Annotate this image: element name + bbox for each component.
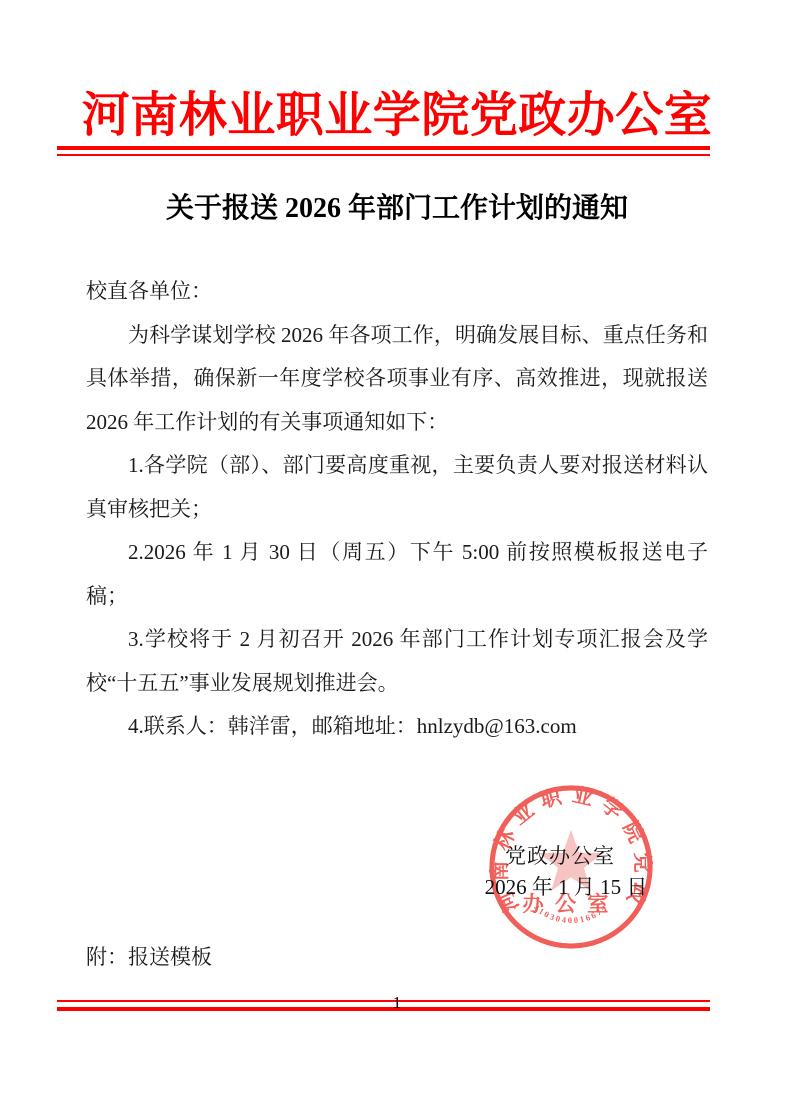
letterhead-rule-thick	[57, 146, 710, 150]
page-number: 1	[393, 993, 402, 1013]
paragraph-item-4: 4.联系人：韩洋雷，邮箱地址：hnlzydb@163.com	[86, 705, 708, 749]
document-page: 河南林业职业学院党政办公室 关于报送 2026 年部门工作计划的通知 校直各单位…	[0, 0, 794, 1108]
salutation: 校直各单位：	[86, 270, 708, 314]
paragraph-intro: 为科学谋划学校 2026 年各项工作，明确发展目标、重点任务和具体举措，确保新一…	[86, 314, 708, 445]
letterhead-org-name: 河南林业职业学院党政办公室	[0, 76, 794, 145]
signer-name: 党政办公室	[505, 840, 615, 870]
footer-rule-thin	[57, 1000, 710, 1002]
attachment-note: 附：报送模板	[86, 941, 212, 971]
paragraph-item-1: 1.各学院（部）、部门要高度重视，主要负责人要对报送材料认真审核把关；	[86, 444, 708, 531]
paragraph-item-3: 3.学校将于 2 月初召开 2026 年部门工作计划专项汇报会及学校“十五五”事…	[86, 618, 708, 705]
paragraph-item-2: 2.2026 年 1 月 30 日（周五）下午 5:00 前按照模板报送电子稿；	[86, 531, 708, 618]
document-body: 校直各单位： 为科学谋划学校 2026 年各项工作，明确发展目标、重点任务和具体…	[86, 270, 708, 749]
document-title: 关于报送 2026 年部门工作计划的通知	[0, 186, 794, 226]
letterhead-rule-thin	[57, 154, 710, 156]
footer-rule-thick	[57, 1007, 710, 1011]
signature-date: 2026 年 1 月 15 日	[485, 871, 648, 901]
